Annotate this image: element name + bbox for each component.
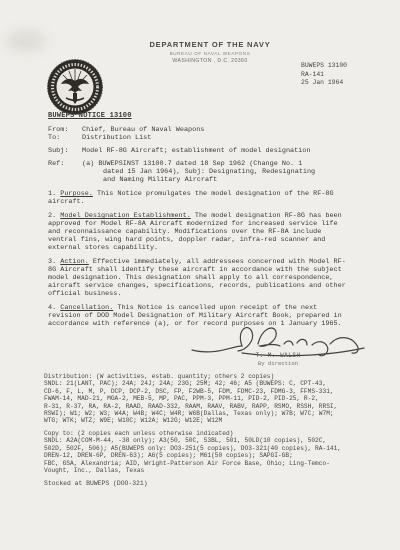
reference-lines: (a) BUWEPSINST 13100.7 dated 18 Sep 1962… — [82, 160, 315, 184]
copy-to-line: FBC, GSA, Alexandria; AID, Wright-Patter… — [44, 460, 384, 467]
navy-bureau-seal-icon — [46, 57, 104, 117]
to-line: To: Distribution List — [48, 134, 360, 142]
reference-block: Ref: (a) BUWEPSINST 13100.7 dated 18 Sep… — [48, 160, 360, 184]
subject-label: Subj: — [48, 147, 82, 155]
paragraph-number: 4. — [48, 304, 56, 312]
distribution-line: WTG; WTK; WTZ; W9E; W10C; W12A; W12G; W1… — [44, 417, 384, 424]
from-line: From: Chief, Bureau of Naval Weapons — [48, 126, 360, 134]
paragraph-number: 1. — [48, 190, 56, 198]
letterhead-department: DEPARTMENT OF THE NAVY — [125, 40, 295, 49]
paragraph-number: 3. — [48, 258, 56, 266]
to-value: Distribution List — [82, 134, 151, 142]
by-direction-line: By direction — [218, 360, 338, 367]
letterhead-bureau: BUREAU OF NAVAL WEAPONS — [125, 51, 295, 56]
distribution-line: CD-6, F, L, M, P, DCP, DCP-2, DSC, FP, F… — [44, 388, 384, 395]
scan-smudge — [6, 30, 46, 52]
from-value: Chief, Bureau of Naval Weapons — [82, 126, 204, 134]
to-label: To: — [48, 134, 82, 142]
paragraph-text: Effective immediately, all addressees co… — [48, 258, 346, 298]
copy-to-line: SNDL: A2A(COM-M-44, -38 only); A3(50, 50… — [44, 437, 384, 444]
reference-line: dated 15 Jan 1964), Subj: Designating, R… — [82, 168, 315, 176]
paragraph-number: 2. — [48, 212, 56, 220]
distribution-list: Distribution: (W activities, estab. quan… — [44, 373, 384, 425]
scanned-page: DEPARTMENT OF THE NAVY BUREAU OF NAVAL W… — [0, 0, 400, 550]
letterhead-address: WASHINGTON , D.C. 20360 — [125, 58, 295, 64]
distribution-line: FWAM-14, MAD-21, MGA-2, MEB-5, MP, PAC, … — [44, 395, 384, 402]
signer-typed-name: T. M. WALSH — [218, 352, 338, 359]
copy-to-line: Vought, Inc., Dallas, Texas — [44, 467, 384, 474]
doc-id-number: BUWEPS 13100 — [301, 62, 347, 71]
paragraph-action: 3. Action. Effective immediately, all ad… — [48, 258, 350, 298]
copy-to-line: DREN-12, DREN-6P, DREN-63); A6(5 copies)… — [44, 452, 384, 459]
reference-label: Ref: — [48, 160, 82, 184]
distribution-line: SNDL: 21(LANT, PAC); 24A; 24J; 24A; 23G;… — [44, 380, 384, 387]
paragraph-heading: Purpose. — [60, 190, 93, 198]
paragraph-model-designation: 2. Model Designation Establishment. The … — [48, 212, 350, 252]
subject-value: Model RF-8G Aircraft; establishment of m… — [82, 147, 310, 155]
paragraph-purpose: 1. Purpose. This Notice promulgates the … — [48, 190, 350, 206]
distribution-line: R-31, R-37, RA, RA-2, RAAD, RAAD-332, RA… — [44, 403, 384, 410]
subject-line: Subj: Model RF-8G Aircraft; establishmen… — [48, 147, 360, 155]
memo-body: From: Chief, Bureau of Naval Weapons To:… — [48, 126, 360, 328]
paragraph-heading: Action. — [60, 258, 89, 266]
reference-line: (a) BUWEPSINST 13100.7 dated 18 Sep 1962… — [82, 160, 315, 168]
distribution-line: RSWI); W1; W2; W3; W4A; W4B; W4C; W4R; W… — [44, 410, 384, 417]
distribution-intro: Distribution: (W activities, estab. quan… — [44, 373, 384, 380]
stocked-note: Stocked at BUWEPS (DOO-321) — [44, 480, 148, 487]
paragraph-heading: Model Designation Establishment. — [60, 212, 191, 220]
copy-to-line: 502D, 502F, 506); A5(BUWEPS only: DO3-25… — [44, 445, 384, 452]
document-id-block: BUWEPS 13100 RA-141 25 Jan 1964 — [301, 62, 347, 88]
doc-date: 25 Jan 1964 — [301, 79, 347, 88]
copy-to-intro: Copy to: (2 copies each unless otherwise… — [44, 430, 384, 437]
doc-office-code: RA-141 — [301, 71, 347, 80]
notice-title: BUWEPS NOTICE 13100 — [48, 112, 132, 120]
paragraph-heading: Cancellation. — [60, 304, 113, 312]
reference-line: and Naming Military Aircraft — [82, 176, 315, 184]
letterhead: DEPARTMENT OF THE NAVY BUREAU OF NAVAL W… — [125, 40, 295, 64]
from-label: From: — [48, 126, 82, 134]
copy-to-list: Copy to: (2 copies each unless otherwise… — [44, 430, 384, 474]
